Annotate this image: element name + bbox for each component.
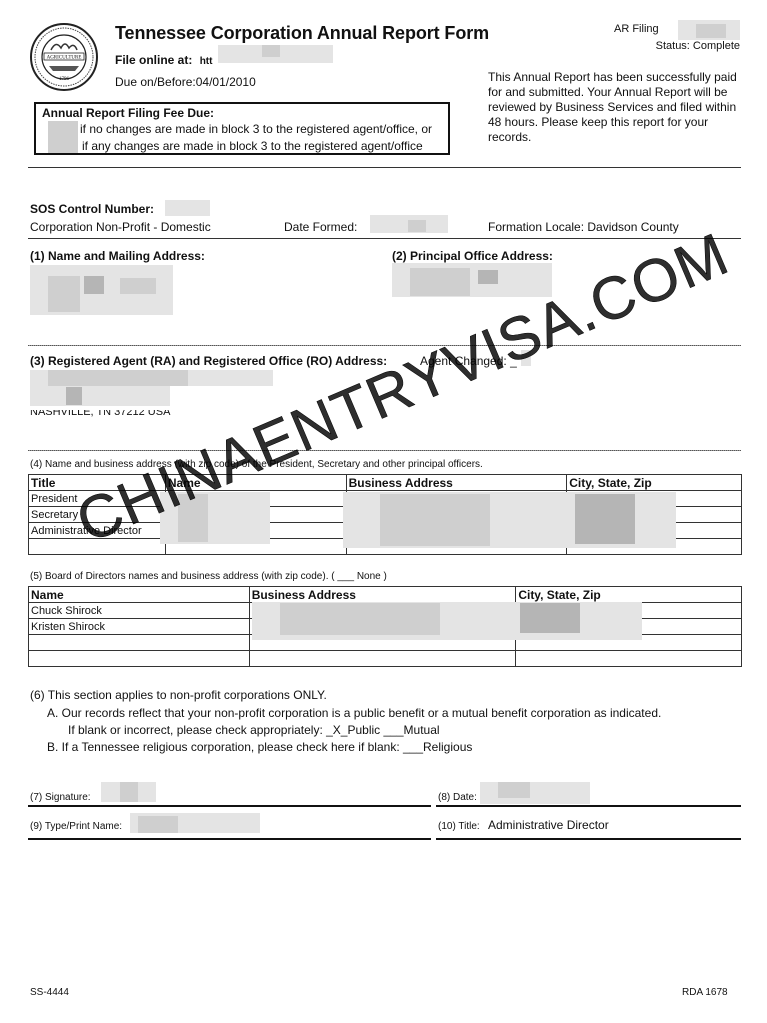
- principal-office-label: (2) Principal Office Address:: [392, 249, 553, 263]
- mailing-address-label: (1) Name and Mailing Address:: [30, 249, 205, 263]
- redacted-officer-names: [160, 492, 270, 544]
- officer-title: Secretary: [29, 507, 166, 523]
- director-city: [516, 651, 742, 667]
- redacted-agent-changed: [521, 350, 531, 366]
- column-header-city-state-zip: City, State, Zip: [516, 587, 742, 603]
- redacted-block: [48, 370, 188, 386]
- officer-title: Administrative Director: [29, 523, 166, 539]
- redacted-block: [696, 24, 726, 38]
- director-name: Kristen Shirock: [29, 619, 250, 635]
- table-row: [29, 651, 742, 667]
- nonprofit-a-line2: If blank or incorrect, please check appr…: [68, 723, 440, 737]
- agent-changed-label: Agent Changed: _: [420, 354, 517, 368]
- column-header-title: Title: [29, 475, 166, 491]
- redacted-block: [478, 270, 498, 284]
- redacted-block: [84, 276, 104, 294]
- officers-caption: (4) Name and business address (with zip …: [30, 459, 483, 470]
- redacted-agent-street: [30, 386, 170, 406]
- redacted-block: [280, 603, 440, 635]
- svg-text:AGRICULTURE: AGRICULTURE: [47, 56, 82, 61]
- directors-header-row: Name Business Address City, State, Zip: [29, 587, 742, 603]
- file-online-text: File online at:: [115, 53, 192, 67]
- column-header-name: Name: [165, 475, 346, 491]
- officer-title: [29, 539, 166, 555]
- filing-status: Status: Complete: [656, 40, 740, 52]
- column-header-business-address: Business Address: [249, 587, 516, 603]
- form-title: Tennessee Corporation Annual Report Form: [115, 23, 489, 44]
- signature-label: (7) Signature:: [30, 792, 91, 803]
- form-number: SS-4444: [30, 987, 69, 998]
- fee-box-title: Annual Report Filing Fee Due:: [42, 106, 214, 120]
- signature-line: [28, 805, 431, 807]
- title-value: Administrative Director: [488, 818, 609, 832]
- divider: [28, 450, 741, 451]
- print-name-line: [28, 838, 431, 840]
- file-online-url[interactable]: htt: [200, 56, 213, 67]
- file-online-label: File online at: htt: [115, 53, 212, 67]
- ar-filing-label: AR Filing: [614, 23, 659, 35]
- redacted-block: [380, 494, 490, 546]
- sos-control-label: SOS Control Number:: [30, 202, 154, 216]
- redacted-block: [120, 278, 156, 294]
- redacted-block: [178, 494, 208, 542]
- column-header-city-state-zip: City, State, Zip: [567, 475, 742, 491]
- filing-fee-box: Annual Report Filing Fee Due: if no chan…: [34, 102, 450, 155]
- entity-type: Corporation Non-Profit - Domestic: [30, 220, 211, 234]
- registered-city: NASHVILLE, TN 37212 USA: [30, 406, 170, 418]
- officer-title: President: [29, 491, 166, 507]
- redacted-fee-amount: [48, 121, 78, 153]
- redacted-block: [66, 387, 82, 405]
- redacted-block: [48, 276, 80, 312]
- fee-line-no-changes: if no changes are made in block 3 to the…: [80, 122, 432, 136]
- redacted-block: [498, 782, 530, 798]
- nonprofit-heading: (6) This section applies to non-profit c…: [30, 688, 327, 702]
- director-name: [29, 651, 250, 667]
- redacted-block: [520, 603, 580, 633]
- due-date: Due on/Before:04/01/2010: [115, 75, 256, 89]
- director-name: Chuck Shirock: [29, 603, 250, 619]
- redacted-block: [120, 782, 138, 802]
- fee-line-changes: if any changes are made in block 3 to th…: [82, 139, 423, 153]
- formation-locale: Formation Locale: Davidson County: [488, 220, 679, 234]
- date-label: (8) Date:: [438, 792, 477, 803]
- svg-text:1796: 1796: [59, 77, 70, 82]
- divider: [28, 167, 741, 168]
- print-name-label: (9) Type/Print Name:: [30, 821, 122, 832]
- redacted-block: [575, 494, 635, 544]
- date-formed-label: Date Formed:: [284, 220, 357, 234]
- redacted-block: [408, 220, 426, 232]
- tennessee-state-seal-icon: AGRICULTURE 1796: [29, 22, 99, 92]
- divider: [28, 345, 741, 346]
- director-name: [29, 635, 250, 651]
- redacted-block: [262, 45, 280, 57]
- director-address: [249, 651, 516, 667]
- column-header-name: Name: [29, 587, 250, 603]
- registered-agent-label: (3) Registered Agent (RA) and Registered…: [30, 354, 387, 368]
- nonprofit-b-line: B. If a Tennessee religious corporation,…: [47, 740, 472, 754]
- title-label: (10) Title:: [438, 821, 480, 832]
- submission-notice: This Annual Report has been successfully…: [488, 70, 748, 145]
- column-header-business-address: Business Address: [346, 475, 567, 491]
- redacted-sos-number: [165, 200, 210, 216]
- redacted-block: [410, 268, 470, 296]
- divider: [28, 238, 741, 239]
- redacted-block: [138, 816, 178, 833]
- date-line: [436, 805, 741, 807]
- officers-header-row: Title Name Business Address City, State,…: [29, 475, 742, 491]
- directors-caption: (5) Board of Directors names and busines…: [30, 571, 387, 582]
- nonprofit-a-line1: A. Our records reflect that your non-pro…: [47, 706, 661, 720]
- redacted-date: [480, 782, 590, 804]
- rda-number: RDA 1678: [682, 987, 728, 998]
- title-line: [436, 838, 741, 840]
